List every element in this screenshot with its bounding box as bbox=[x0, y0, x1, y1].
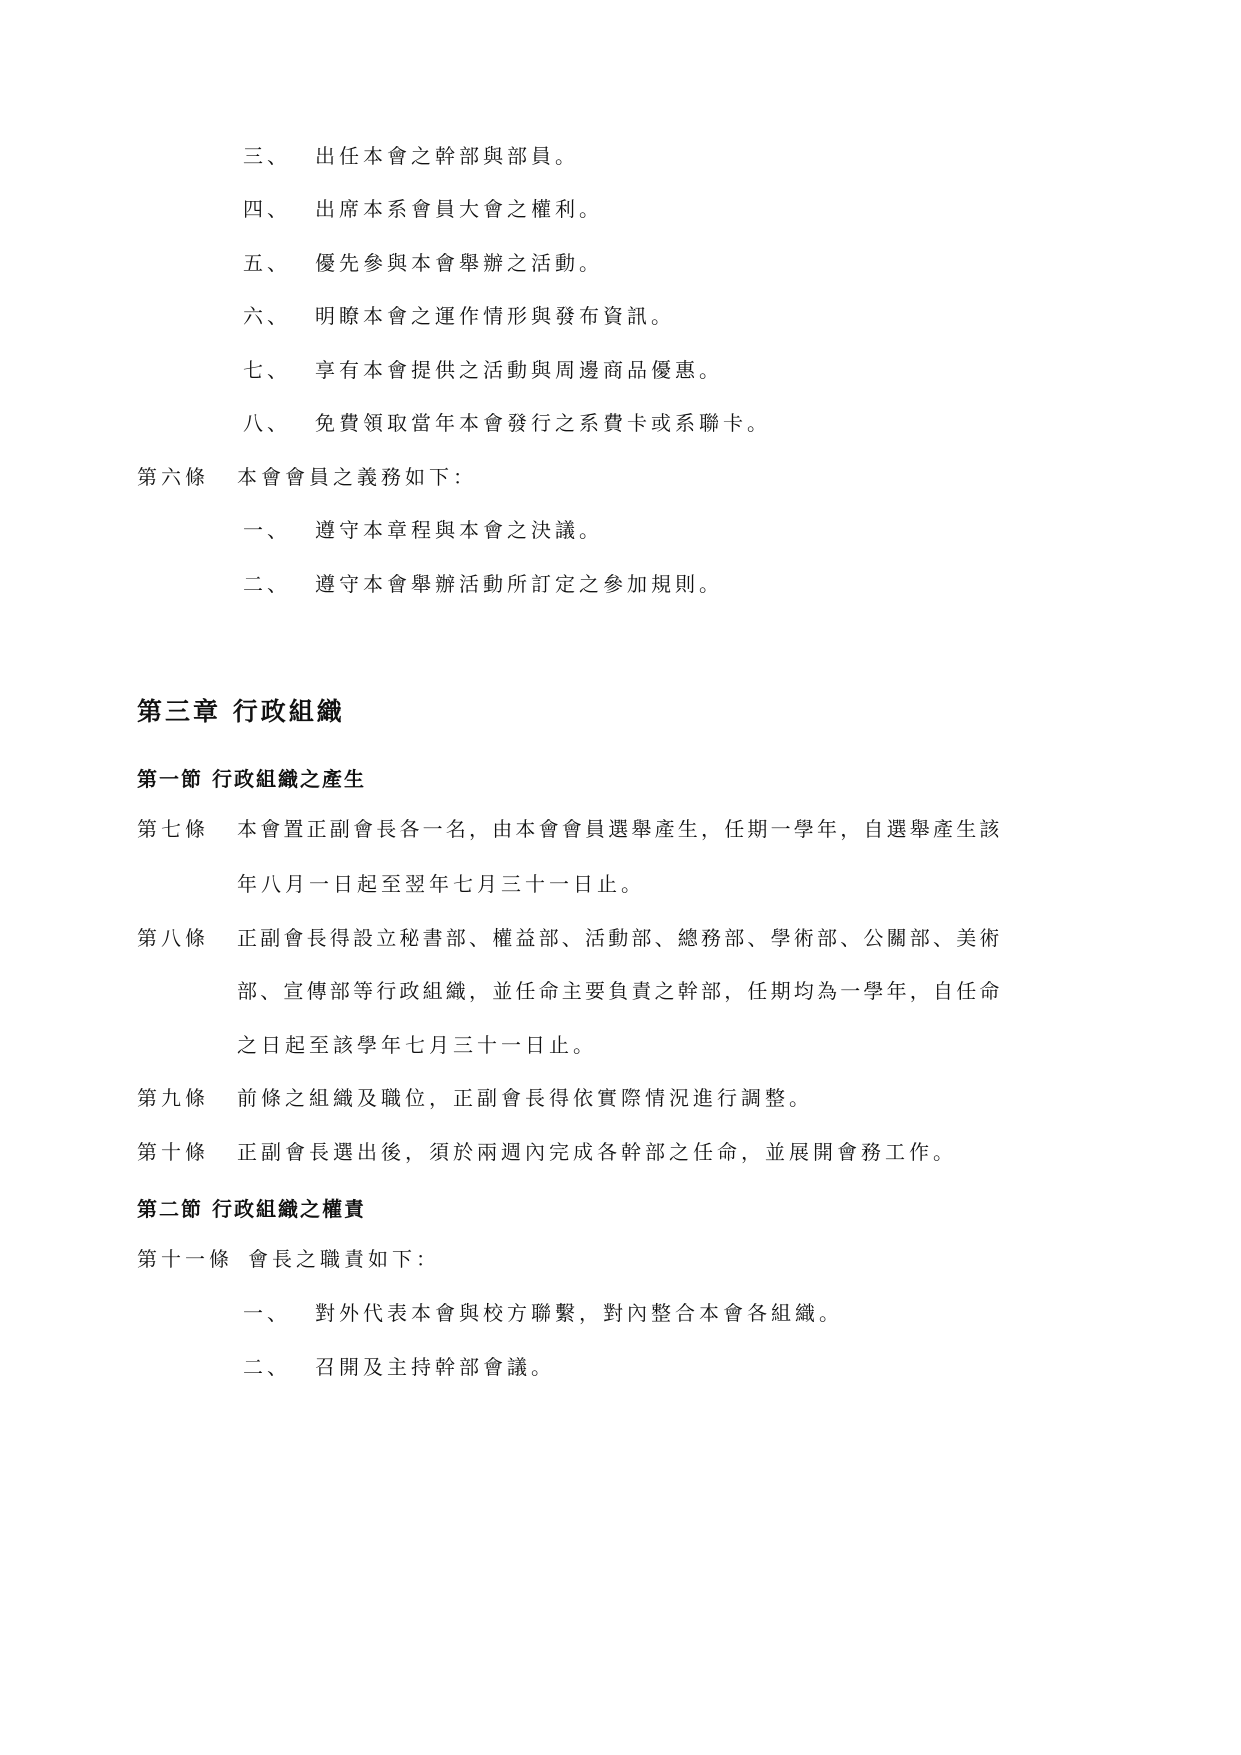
item-number: 一、 bbox=[243, 516, 291, 544]
item-number: 八、 bbox=[243, 409, 291, 437]
article-text: 正副會長選出後，須於兩週內完成各幹部之任命，並展開會務工作。 bbox=[237, 1138, 957, 1166]
item-number: 二、 bbox=[243, 1353, 291, 1381]
item-number: 二、 bbox=[243, 570, 291, 598]
item-text: 召開及主持幹部會議。 bbox=[315, 1353, 555, 1381]
item-text: 遵守本會舉辦活動所訂定之參加規則。 bbox=[315, 570, 723, 598]
section-title: 第二節 行政組織之權責 bbox=[137, 1193, 366, 1222]
item-text: 對外代表本會與校方聯繫，對內整合本會各組織。 bbox=[315, 1299, 843, 1327]
article-text-line: 年八月一日起至翌年七月三十一日止。 bbox=[237, 870, 645, 898]
item-text: 出任本會之幹部與部員。 bbox=[315, 142, 579, 170]
item-number: 一、 bbox=[243, 1299, 291, 1327]
article-label: 第六條 bbox=[137, 463, 209, 491]
item-text: 遵守本章程與本會之決議。 bbox=[315, 516, 603, 544]
article-text: 本會會員之義務如下： bbox=[237, 463, 477, 491]
item-number: 七、 bbox=[243, 356, 291, 384]
item-number: 六、 bbox=[243, 302, 291, 330]
article-label: 第十一條 bbox=[137, 1245, 233, 1273]
document-page: 三、 出任本會之幹部與部員。 四、 出席本系會員大會之權利。 五、 優先參與本會… bbox=[0, 0, 1241, 1755]
article-label: 第九條 bbox=[137, 1084, 209, 1112]
article-label: 第八條 bbox=[137, 924, 209, 952]
article-text-line: 正副會長得設立秘書部、權益部、活動部、總務部、學術部、公關部、美術 bbox=[237, 924, 1003, 952]
item-number: 五、 bbox=[243, 249, 291, 277]
item-number: 三、 bbox=[243, 142, 291, 170]
article-text-line: 本會置正副會長各一名，由本會會員選舉產生，任期一學年，自選舉產生該 bbox=[237, 815, 1003, 843]
item-text: 優先參與本會舉辦之活動。 bbox=[315, 249, 603, 277]
article-text-line: 部、宣傳部等行政組織，並任命主要負責之幹部，任期均為一學年，自任命 bbox=[237, 977, 1003, 1005]
item-text: 明瞭本會之運作情形與發布資訊。 bbox=[315, 302, 675, 330]
item-text: 出席本系會員大會之權利。 bbox=[315, 195, 603, 223]
article-text: 會長之職責如下： bbox=[248, 1245, 440, 1273]
article-text: 前條之組織及職位，正副會長得依實際情況進行調整。 bbox=[237, 1084, 813, 1112]
item-text: 免費領取當年本會發行之系費卡或系聯卡。 bbox=[315, 409, 771, 437]
item-number: 四、 bbox=[243, 195, 291, 223]
article-label: 第十條 bbox=[137, 1138, 209, 1166]
section-title: 第一節 行政組織之產生 bbox=[137, 763, 366, 792]
item-text: 享有本會提供之活動與周邊商品優惠。 bbox=[315, 356, 723, 384]
article-text-line: 之日起至該學年七月三十一日止。 bbox=[237, 1031, 597, 1059]
article-label: 第七條 bbox=[137, 815, 209, 843]
chapter-title: 第三章 行政組織 bbox=[137, 692, 345, 728]
